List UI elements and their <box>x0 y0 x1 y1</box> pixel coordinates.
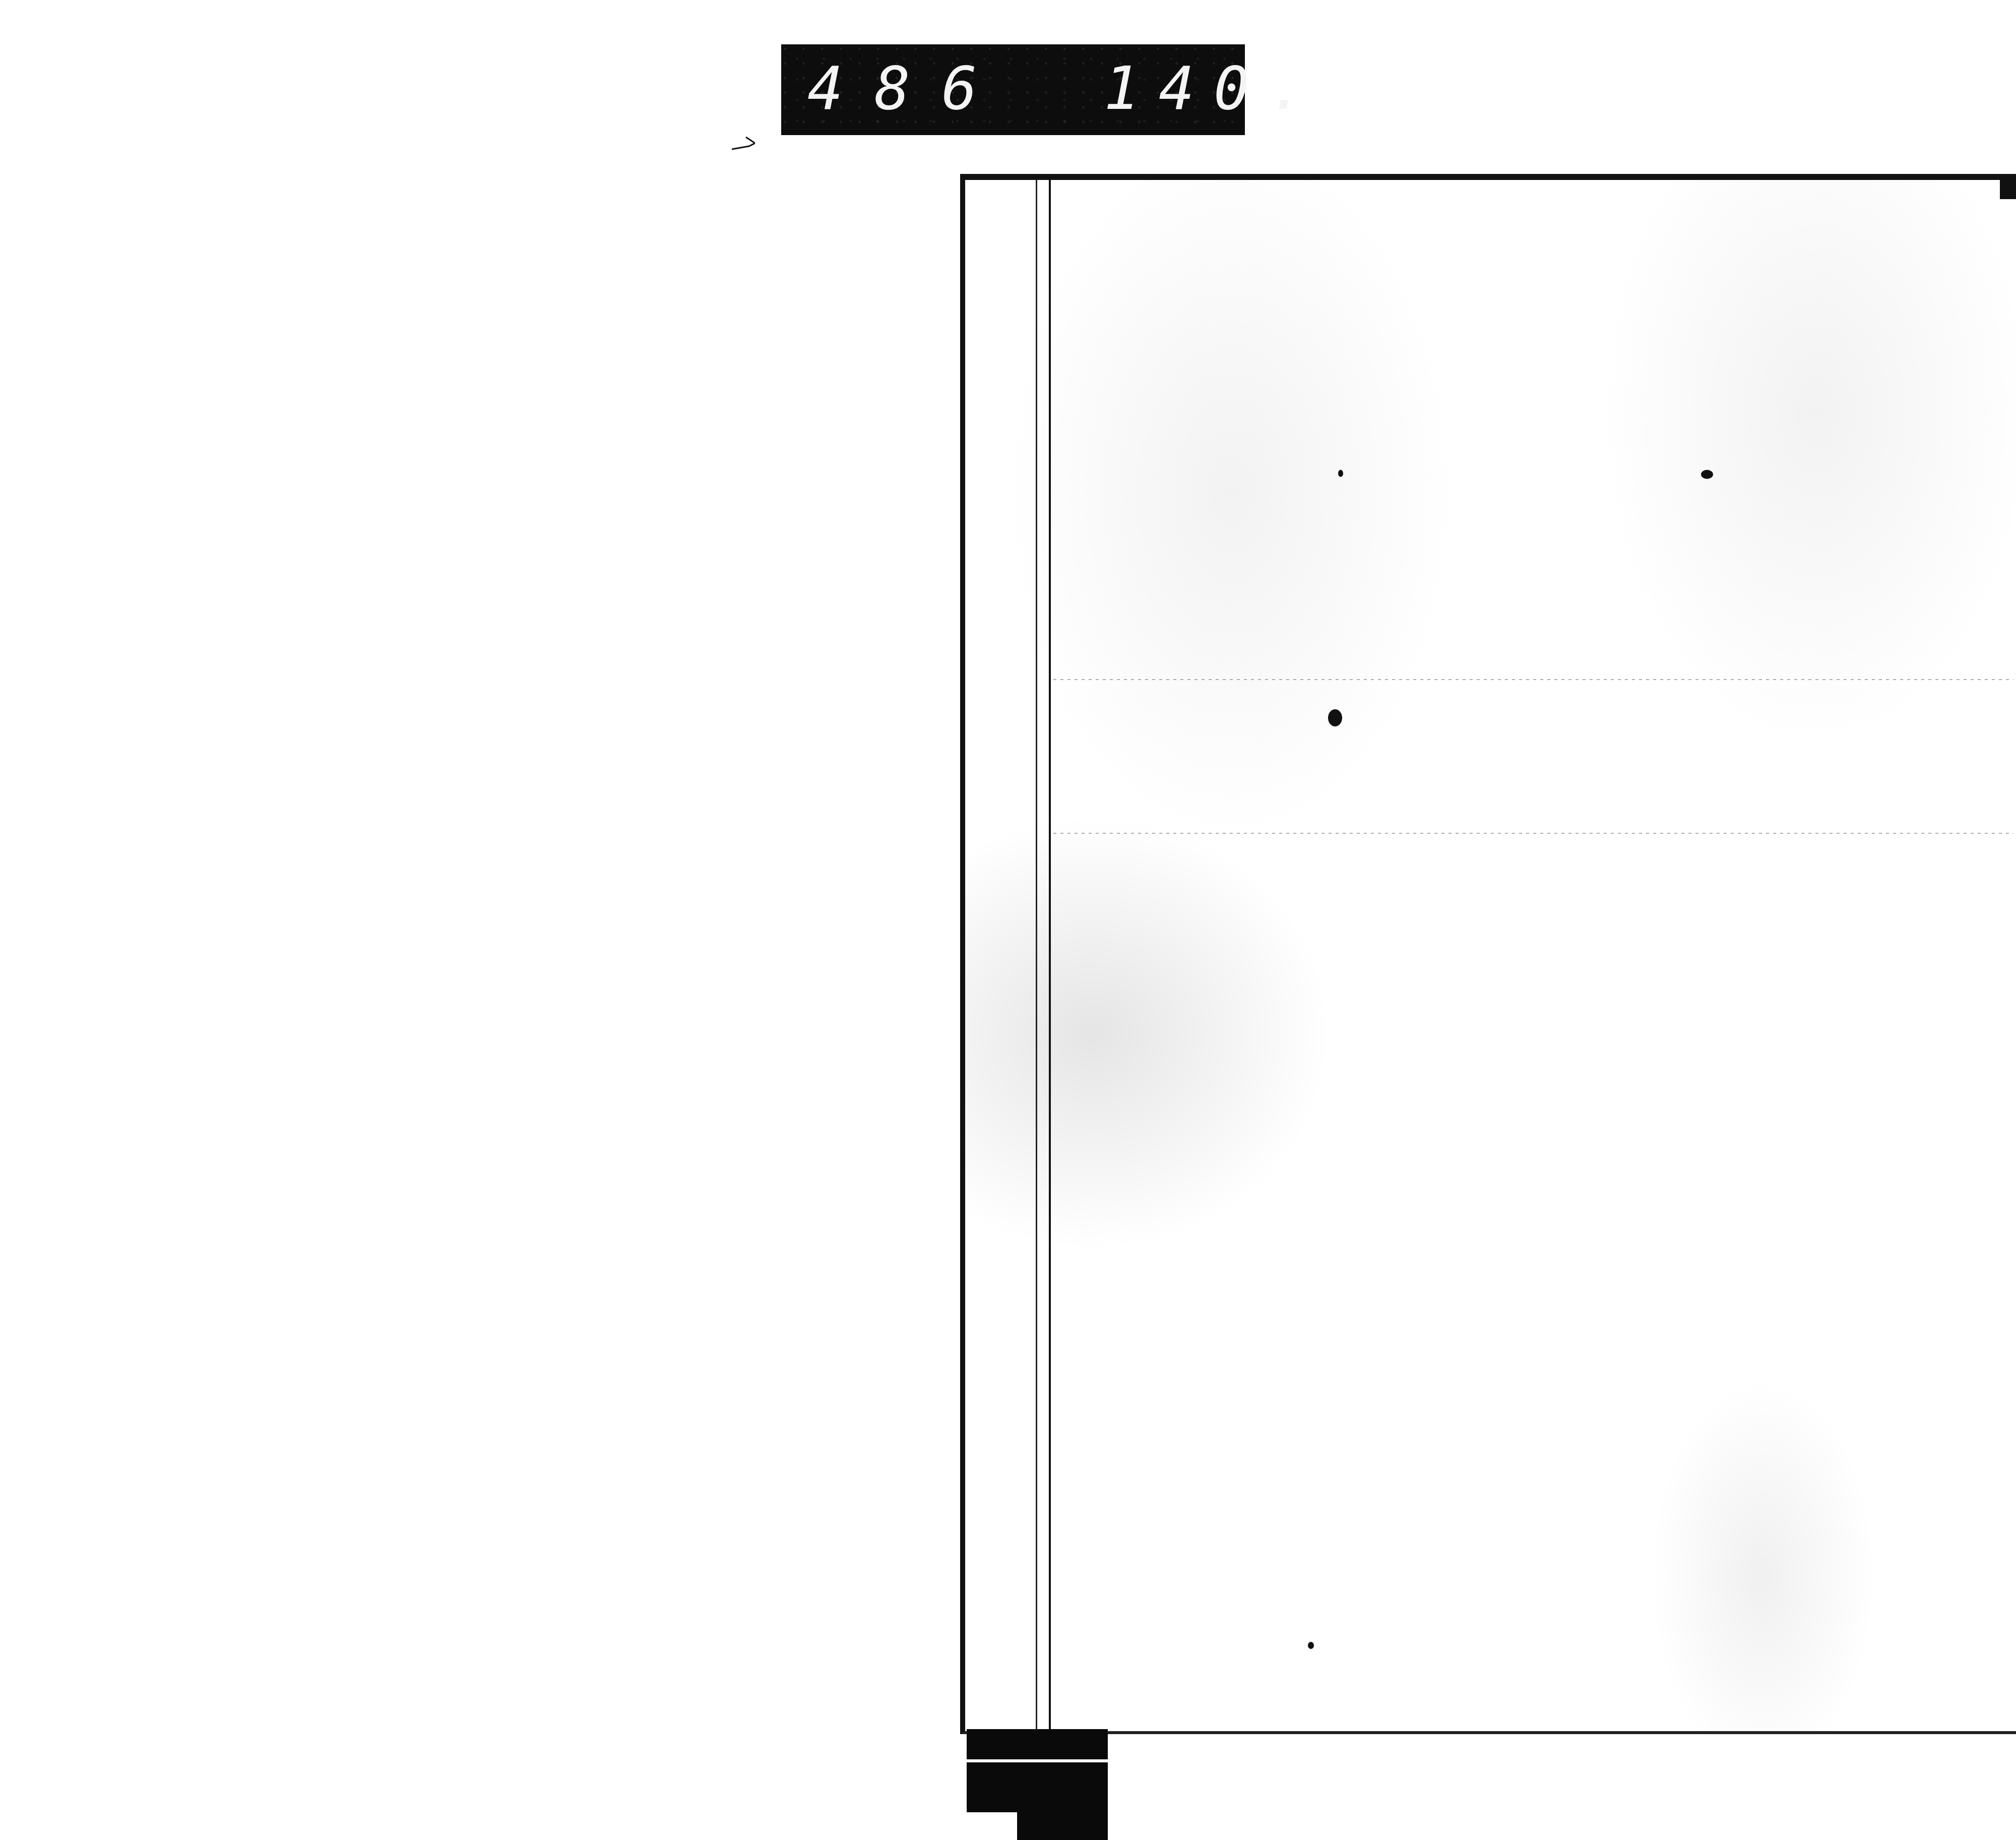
page-edge-shadow <box>2000 179 2016 199</box>
binding-thread <box>1036 180 1037 1731</box>
arrow-mark-icon <box>731 135 755 150</box>
reel-number: 486 <box>807 53 1009 123</box>
page-binding <box>965 180 1051 1731</box>
ink-spot <box>1701 470 1713 479</box>
frame-number: 140. <box>1104 53 1324 123</box>
ink-spot <box>1308 1642 1314 1649</box>
frame-label: 486 140. <box>781 44 1245 135</box>
corner-notch <box>967 1812 1017 1840</box>
ink-spot <box>1328 709 1342 726</box>
fold-line <box>1053 833 2013 834</box>
document-page <box>960 174 2016 1734</box>
corner-gap <box>967 1759 1108 1762</box>
fold-line <box>1053 679 2013 680</box>
ink-spot <box>1338 470 1343 477</box>
